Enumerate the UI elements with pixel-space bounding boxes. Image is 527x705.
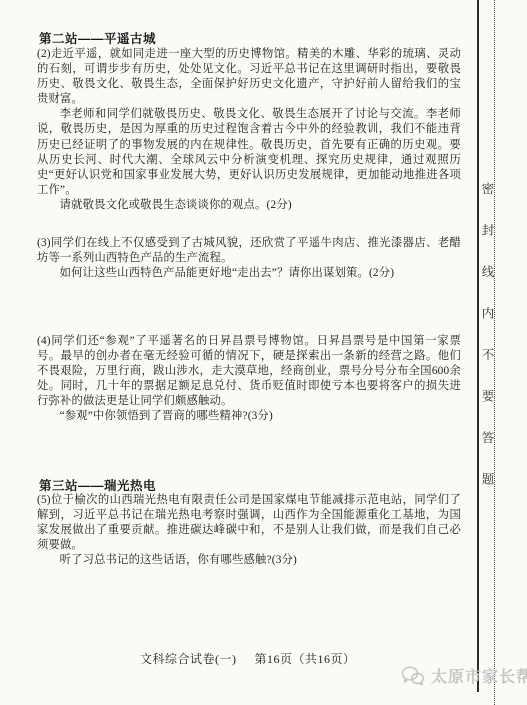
question5-prompt: 听了习总书记的这些话语，你有哪些感触?(3分) — [37, 553, 461, 568]
question4-paragraph: (4)同学们还“参观”了平遥著名的日昇昌票号博物馆。日昇昌票号是中国第一家票号。… — [37, 334, 461, 409]
watermark-label: 太原市家长帮 — [431, 664, 527, 687]
footer-paper-title: 文科综合试卷(一) — [140, 652, 237, 666]
question4-block: (4)同学们还“参观”了平遥著名的日昇昌票号博物馆。日昇昌票号是中国第一家票号。… — [37, 334, 461, 425]
station2-heading: 第二站——平遥古城 — [39, 29, 156, 47]
seal-line-text: 密封线内不要答题 — [478, 182, 496, 514]
question5-paragraph: (5)位于榆次的山西瑞光热电有限责任公司是国家煤电节能减排示范电站，同学们了解到… — [37, 493, 461, 553]
question4-prompt: “参观”中你领悟到了晋商的哪些精神?(3分) — [37, 409, 461, 424]
question2-paragraph: (2)走近平遥，就如同走进一座大型的历史博物馆。精美的木雕、华彩的琉璃、灵动的石… — [37, 47, 461, 107]
station3-heading: 第三站——瑞光热电 — [39, 476, 156, 494]
watermark: 太原市家长帮 — [401, 664, 527, 687]
page-footer: 文科综合试卷(一)第16页（共16页） — [140, 650, 356, 667]
footer-page-number: 第16页（共16页） — [255, 652, 356, 666]
exam-paper-page: 第二站——平遥古城 (2)走近平遥，就如同走进一座大型的历史博物馆。精美的木雕、… — [0, 0, 527, 705]
wechat-icon — [401, 665, 425, 687]
question2-discussion-paragraph: 李老师和同学们就敬畏历史、敬畏文化、敬畏生态展开了讨论与交流。李老师说，敬畏历史… — [37, 107, 461, 198]
question3-paragraph: (3)同学们在线上不仅感受到了古城风貌，还欣赏了平遥牛肉店、推光漆器店、老醋坊等… — [37, 236, 461, 266]
question2-prompt: 请就敬畏文化或敬畏生态谈谈你的观点。(2分) — [37, 198, 461, 213]
question2-block: (2)走近平遥，就如同走进一座大型的历史博物馆。精美的木雕、华彩的琉璃、灵动的石… — [37, 47, 461, 213]
question5-block: (5)位于榆次的山西瑞光热电有限责任公司是国家煤电节能减排示范电站，同学们了解到… — [37, 493, 461, 568]
question3-prompt: 如何让这些山西特色产品能更好地“走出去”？请你出谋划策。(2分) — [37, 266, 461, 281]
question3-block: (3)同学们在线上不仅感受到了古城风貌，还欣赏了平遥牛肉店、推光漆器店、老醋坊等… — [37, 236, 461, 281]
